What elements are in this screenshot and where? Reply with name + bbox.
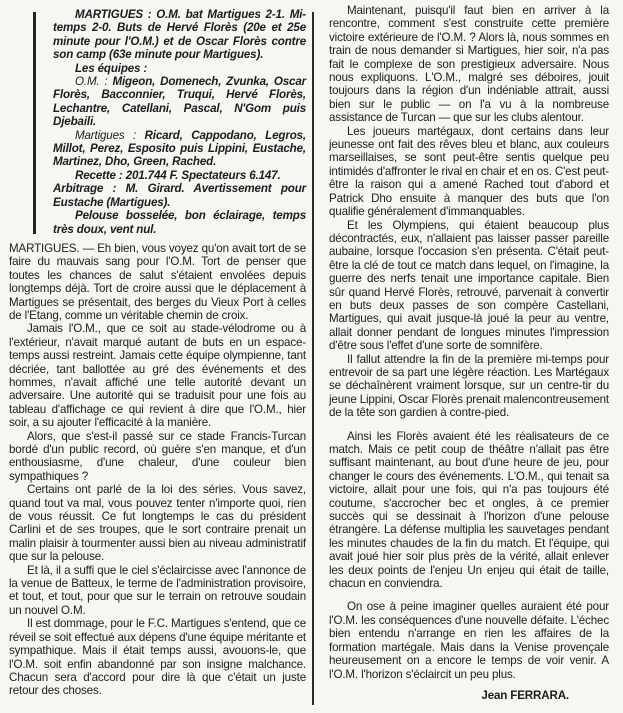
om-lineup: O.M. : Migeon, Domenech, Zvunka, Oscar F… — [53, 75, 306, 129]
martigues-lineup: Martigues : Ricard, Cappodano, Legros, M… — [53, 129, 306, 169]
referee-line: Arbitrage : M. Girard. Avertissement pou… — [53, 182, 306, 209]
paragraph: Jamais l'O.M., que ce soit au stade-vélo… — [9, 322, 306, 429]
paragraph: Maintenant, puisqu'il faut bien en arriv… — [329, 4, 609, 125]
om-label: O.M. : — [75, 75, 108, 88]
column-rule — [312, 12, 314, 705]
paragraph: MARTIGUES. — Eh bien, vous voyez qu'on a… — [9, 242, 306, 322]
paragraph: On ose à peine imaginer quelles auraient… — [329, 600, 609, 680]
teams-heading: Les équipes : — [53, 62, 306, 75]
summary-side-bar — [33, 12, 36, 234]
match-headline: MARTIGUES : O.M. bat Martigues 2-1. Mi-t… — [53, 8, 306, 62]
paragraph: Ainsi les Florès avaient été les réalisa… — [329, 430, 609, 591]
paragraph: Et les Olympiens, qui étaient beaucoup p… — [329, 219, 609, 353]
left-column: MARTIGUES : O.M. bat Martigues 2-1. Mi-t… — [53, 8, 306, 698]
paragraph: Les joueurs martégaux, dont certains dan… — [329, 125, 609, 219]
paragraph: Il fallut attendre la fin de la première… — [329, 353, 609, 420]
martigues-label: Martigues : — [75, 129, 136, 142]
paragraph: Il est dommage, pour le F.C. Martigues s… — [9, 617, 306, 697]
paragraph: Alors, que s'est-il passé sur ce stade F… — [9, 430, 306, 484]
match-summary-box: MARTIGUES : O.M. bat Martigues 2-1. Mi-t… — [53, 8, 306, 236]
receipts-line: Recette : 201.744 F. Spectateurs 6.147. — [53, 169, 306, 182]
paragraph: Certains ont parlé de la loi des séries.… — [9, 483, 306, 563]
paragraph: Et là, il a suffi que le ciel s'éclairci… — [9, 564, 306, 618]
left-body-text: MARTIGUES. — Eh bien, vous voyez qu'on a… — [9, 242, 306, 698]
author-signature: Jean FERRARA. — [329, 689, 609, 702]
conditions-line: Pelouse bosselée, bon éclairage, temps t… — [53, 209, 306, 236]
right-column: Maintenant, puisqu'il faut bien en arriv… — [329, 4, 609, 702]
